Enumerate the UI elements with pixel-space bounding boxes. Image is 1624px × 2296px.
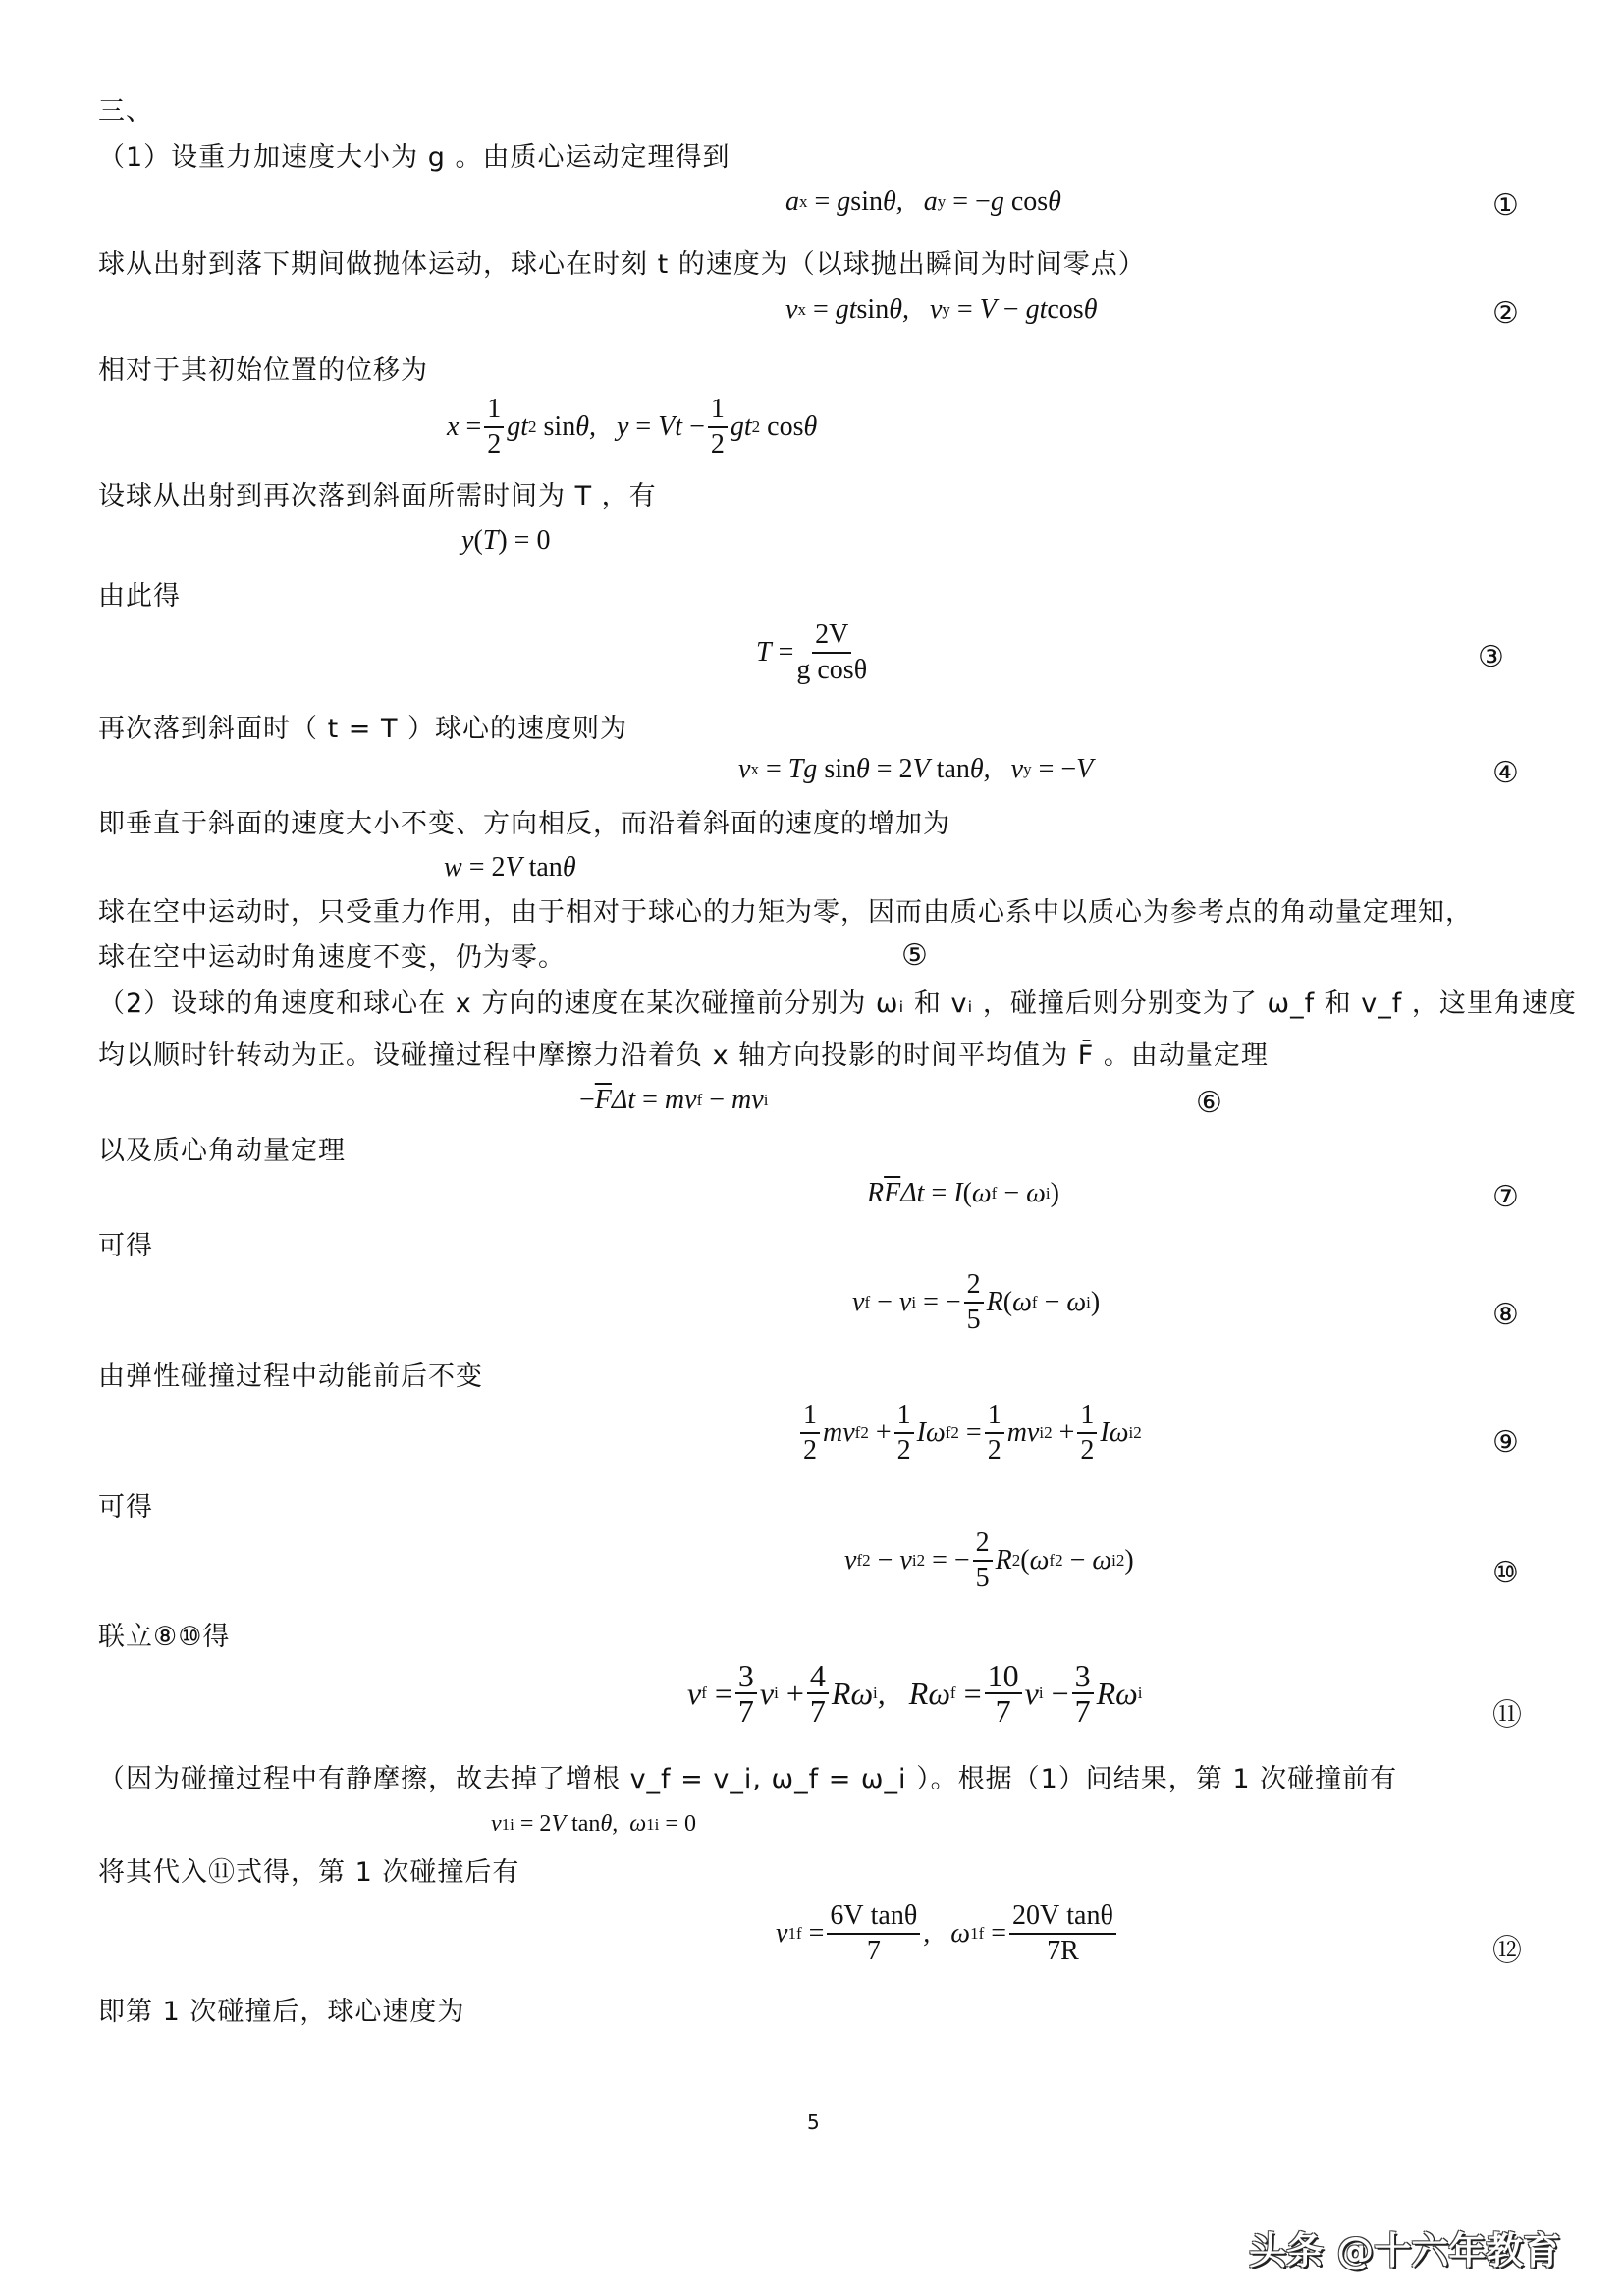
- equation-number-11: ⑪: [1492, 1690, 1522, 1734]
- equation-number-10: ⑩: [1492, 1556, 1519, 1590]
- equation-number-1: ①: [1492, 188, 1519, 223]
- part2-text5: 由弹性碰撞过程中动能前后不变: [98, 1360, 483, 1395]
- equation-1: ax = gsinθ, ay = −g cosθ: [785, 187, 1061, 218]
- equation-displacement: x =12gt2 sinθ, y = Vt −12gt2 cosθ: [447, 393, 817, 461]
- part1-text6: 再次落到斜面时（ t = T ）球心的速度则为: [98, 712, 627, 747]
- section-heading: 三、: [98, 94, 153, 130]
- part2-text1: （2）设球的角速度和球心在 x 方向的速度在某次碰撞前分别为 ωᵢ 和 vᵢ ，…: [98, 987, 1577, 1022]
- equation-10: vf2 − vi2 = −25R2(ωf2 − ωi2): [844, 1526, 1134, 1595]
- part1-text9: 球在空中运动时角速度不变，仍为零。: [98, 940, 566, 976]
- part1-text7: 即垂直于斜面的速度大小不变、方向相反，而沿着斜面的速度的增加为: [98, 807, 950, 842]
- part2-text3: 以及质心角动量定理: [98, 1134, 346, 1169]
- equation-number-6: ⑥: [1196, 1086, 1222, 1120]
- part1-text4: 设球从出射到再次落到斜面所需时间为 T ，有: [98, 479, 657, 514]
- equation-yT: y(T) = 0: [461, 525, 550, 557]
- equation-9: 12mvf2 +12Iωf2 =12mvi2 +12Iωi2: [797, 1399, 1142, 1468]
- part2-text2: 均以顺时针转动为正。设碰撞过程中摩擦力沿着负 x 轴方向投影的时间平均值为 F̄…: [98, 1039, 1269, 1074]
- part2-text6: 可得: [98, 1490, 153, 1525]
- part1-text5: 由此得: [98, 579, 181, 614]
- equation-3: T =2Vg cosθ: [756, 618, 870, 687]
- equation-number-5: ⑤: [901, 938, 928, 973]
- equation-number-8: ⑧: [1492, 1298, 1519, 1332]
- part2-text4: 可得: [98, 1229, 153, 1264]
- equation-number-12: ⑫: [1492, 1926, 1522, 1969]
- equation-w: w = 2V tanθ: [444, 852, 576, 883]
- part1-text2: 球从出射到落下期间做抛体运动，球心在时刻 t 的速度为（以球抛出瞬间为时间零点）: [98, 247, 1146, 283]
- part2-text8: （因为碰撞过程中有静摩擦，故去掉了增根 v_f = v_i, ω_f = ω_i…: [98, 1762, 1397, 1797]
- equation-12: v1f =6V tanθ7, ω1f =20V tanθ7R: [776, 1899, 1119, 1968]
- equation-number-7: ⑦: [1492, 1180, 1519, 1214]
- equation-2: vx = gtsinθ, vy = V − gtcosθ: [785, 294, 1097, 326]
- equation-number-9: ⑨: [1492, 1425, 1519, 1460]
- part2-text9: 将其代入⑪式得，第 1 次碰撞后有: [98, 1855, 519, 1891]
- equation-number-3: ③: [1478, 640, 1504, 674]
- part1-text3: 相对于其初始位置的位移为: [98, 353, 428, 389]
- equation-number-2: ②: [1492, 296, 1519, 331]
- equation-4: vx = Tg sinθ = 2V tanθ, vy = −V: [738, 754, 1093, 785]
- part2-text10: 即第 1 次碰撞后，球心速度为: [98, 1995, 464, 2030]
- equation-7: RFΔt = I(ωf − ωi): [867, 1178, 1059, 1209]
- equation-number-4: ④: [1492, 756, 1519, 790]
- watermark: 头条 @十六年教育: [1249, 2220, 1560, 2274]
- part2-text7: 联立⑧⑩得: [98, 1620, 230, 1655]
- page-number: 5: [807, 2110, 820, 2134]
- part1-text8: 球在空中运动时，只受重力作用，由于相对于球心的力矩为零，因而由质心系中以质心为参…: [98, 895, 1473, 931]
- equation-8: vf − vi = −25R(ωf − ωi): [852, 1268, 1100, 1337]
- equation-6: −FΔt = mvf − mvi: [579, 1085, 768, 1116]
- part1-intro: （1）设重力加速度大小为 g 。由质心运动定理得到: [98, 140, 730, 176]
- equation-first-collision-before: v1i = 2V tanθ, ω1i = 0: [491, 1811, 696, 1838]
- equation-11: vf =37vi +47Rωi, Rωf =107vi −37Rωi: [687, 1659, 1143, 1728]
